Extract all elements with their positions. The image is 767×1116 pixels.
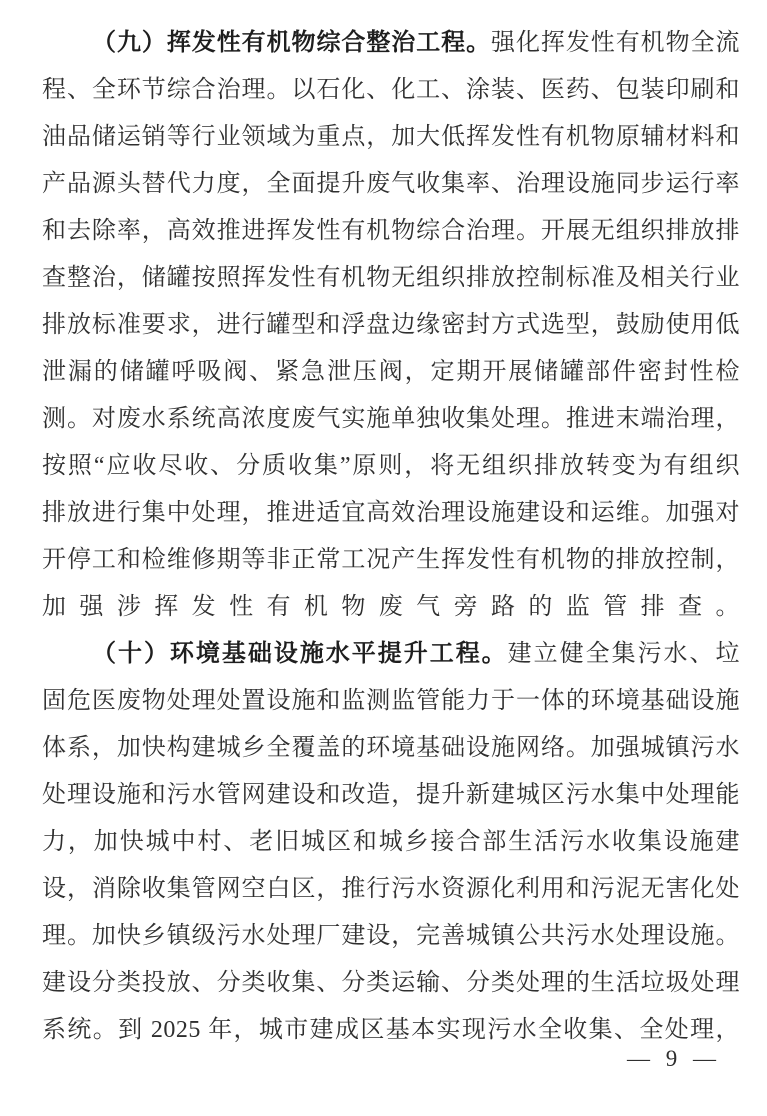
body-text: 查整治，储罐按照挥发性有机物无组织排放控制标准及相关行业: [42, 265, 740, 291]
body-text: 排放进行集中处理，推进适宜高效治理设施建设和运维。加强对: [42, 500, 740, 526]
body-text: 设，消除收集管网空白区，推行污水资源化利用和污泥无害化处: [42, 876, 740, 902]
body-text: 建设分类投放、分类收集、分类运输、分类处理的生活垃圾处理: [42, 970, 740, 996]
body-text: 按照“应收尽收、分质收集”原则，将无组织排放转变为有组织: [42, 453, 740, 479]
text-line: 查整治，储罐按照挥发性有机物无组织排放控制标准及相关行业: [42, 255, 740, 302]
document-body: （九）挥发性有机物综合整治工程。强化挥发性有机物全流程、全环节综合治理。以石化、…: [42, 20, 740, 1054]
body-text: 和去除率，高效推进挥发性有机物综合治理。开展无组织排放排: [42, 218, 740, 244]
paragraph-section-10: （十）环境基础设施水平提升工程。建立健全集污水、垃圾、固危医废物处理处置设施和监…: [42, 631, 740, 1054]
body-text: 产品源头替代力度，全面提升废气收集率、治理设施同步运行率: [42, 171, 740, 197]
text-line: 泄漏的储罐呼吸阀、紧急泄压阀，定期开展储罐部件密封性检: [42, 349, 740, 396]
body-text: 开停工和检维修期等非正常工况产生挥发性有机物的排放控制，: [42, 547, 740, 573]
page-number: — 9 —: [627, 1046, 721, 1071]
text-line: 开停工和检维修期等非正常工况产生挥发性有机物的排放控制，: [42, 537, 740, 584]
body-text: 理。加快乡镇级污水处理厂建设，完善城镇公共污水处理设施。: [42, 923, 740, 949]
text-line: 油品储运销等行业领域为重点，加大低挥发性有机物原辅材料和: [42, 114, 740, 161]
text-line: 排放标准要求，进行罐型和浮盘边缘密封方式选型，鼓励使用低: [42, 302, 740, 349]
text-line: 测。对废水系统高浓度废气实施单独收集处理。推进末端治理，: [42, 396, 740, 443]
emphasis-text: （十）环境基础设施水平提升工程。: [92, 641, 508, 667]
text-line: 设，消除收集管网空白区，推行污水资源化利用和污泥无害化处: [42, 866, 740, 913]
body-text: 泄漏的储罐呼吸阀、紧急泄压阀，定期开展储罐部件密封性检: [42, 359, 740, 385]
text-line: 理。加快乡镇级污水处理厂建设，完善城镇公共污水处理设施。: [42, 913, 740, 960]
body-text: 测。对废水系统高浓度废气实施单独收集处理。推进末端治理，: [42, 406, 740, 432]
document-page: （九）挥发性有机物综合整治工程。强化挥发性有机物全流程、全环节综合治理。以石化、…: [0, 0, 767, 1116]
text-line: 产品源头替代力度，全面提升废气收集率、治理设施同步运行率: [42, 161, 740, 208]
body-text: 处理设施和污水管网建设和改造，提升新建城区污水集中处理能: [42, 782, 740, 808]
page-footer: — 9 —: [627, 1044, 721, 1074]
text-line: 力，加快城中村、老旧城区和城乡接合部生活污水收集设施建: [42, 819, 740, 866]
emphasis-text: （九）挥发性有机物综合整治工程。: [92, 30, 491, 56]
body-text: 油品储运销等行业领域为重点，加大低挥发性有机物原辅材料和: [42, 124, 740, 150]
body-text: 固危医废物处理处置设施和监测监管能力于一体的环境基础设施: [42, 688, 740, 714]
text-line: 排放进行集中处理，推进适宜高效治理设施建设和运维。加强对: [42, 490, 740, 537]
body-text: 排放标准要求，进行罐型和浮盘边缘密封方式选型，鼓励使用低: [42, 312, 740, 338]
body-text: 加强涉挥发性有机物废气旁路的监管排查。: [42, 594, 740, 620]
body-text: 程、全环节综合治理。以石化、化工、涂装、医药、包装印刷和: [42, 77, 740, 103]
paragraph-section-9: （九）挥发性有机物综合整治工程。强化挥发性有机物全流程、全环节综合治理。以石化、…: [42, 20, 740, 631]
body-text: 强化挥发性有机物全流: [491, 30, 740, 56]
body-text: 体系，加快构建城乡全覆盖的环境基础设施网络。加强城镇污水: [42, 735, 740, 761]
text-line: （十）环境基础设施水平提升工程。建立健全集污水、垃圾、: [42, 631, 740, 678]
text-line: 和去除率，高效推进挥发性有机物综合治理。开展无组织排放排: [42, 208, 740, 255]
text-line: 处理设施和污水管网建设和改造，提升新建城区污水集中处理能: [42, 772, 740, 819]
text-line: 程、全环节综合治理。以石化、化工、涂装、医药、包装印刷和: [42, 67, 740, 114]
text-line: 按照“应收尽收、分质收集”原则，将无组织排放转变为有组织: [42, 443, 740, 490]
text-line: 固危医废物处理处置设施和监测监管能力于一体的环境基础设施: [42, 678, 740, 725]
body-text: 力，加快城中村、老旧城区和城乡接合部生活污水收集设施建: [42, 829, 740, 855]
text-line: 体系，加快构建城乡全覆盖的环境基础设施网络。加强城镇污水: [42, 725, 740, 772]
text-line: （九）挥发性有机物综合整治工程。强化挥发性有机物全流: [42, 20, 740, 67]
text-line: 加强涉挥发性有机物废气旁路的监管排查。〔市生态环境局负责〕: [42, 584, 740, 631]
text-line: 建设分类投放、分类收集、分类运输、分类处理的生活垃圾处理: [42, 960, 740, 1007]
body-text: 系统。到 2025 年，城市建成区基本实现污水全收集、全处理，: [42, 1017, 740, 1043]
